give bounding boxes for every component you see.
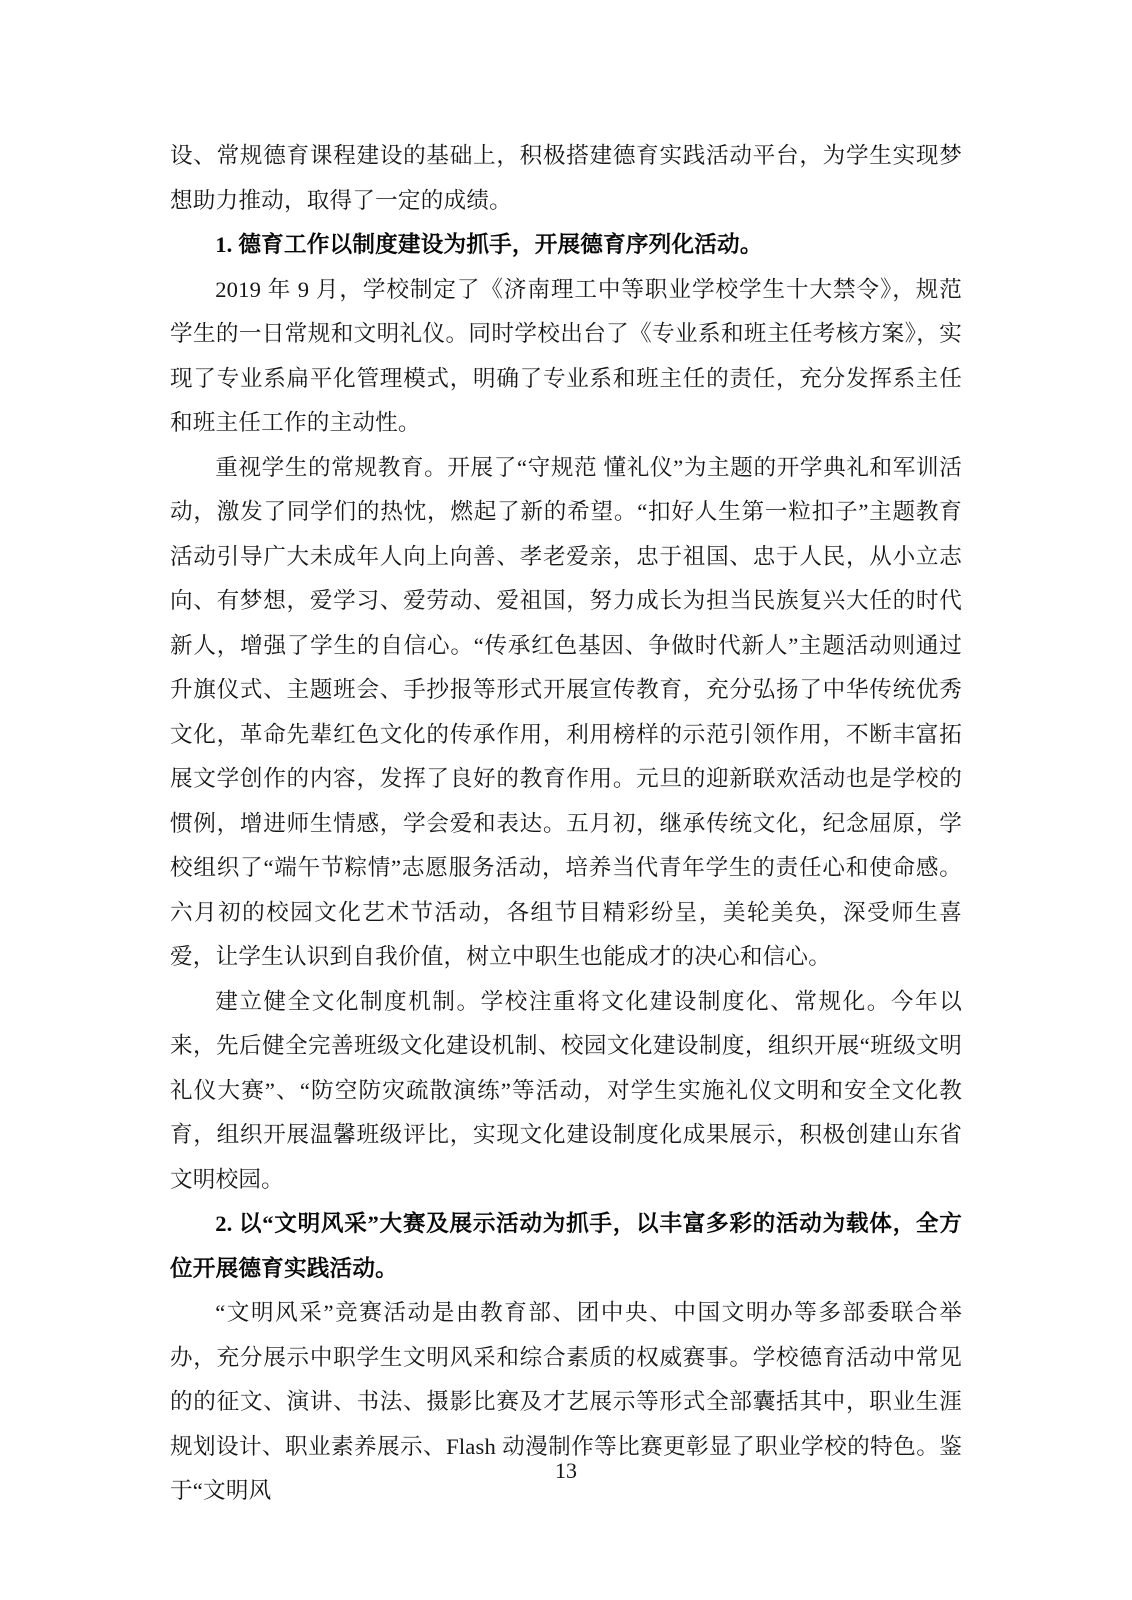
page-content: 设、常规德育课程建设的基础上，积极搭建德育实践活动平台，为学生实现梦想助力推动，… — [170, 134, 962, 1514]
paragraph: 重视学生的常规教育。开展了“守规范 懂礼仪”为主题的开学典礼和军训活动，激发了同… — [170, 446, 962, 980]
paragraph: 设、常规德育课程建设的基础上，积极搭建德育实践活动平台，为学生实现梦想助力推动，… — [170, 134, 962, 223]
paragraph: 2019 年 9 月，学校制定了《济南理工中等职业学校学生十大禁令》，规范学生的… — [170, 268, 962, 446]
section-heading: 2. 以“文明风采”大赛及展示活动为抓手，以丰富多彩的活动为载体，全方位开展德育… — [170, 1202, 962, 1291]
page-number: 13 — [0, 1458, 1132, 1484]
paragraph: 建立健全文化制度机制。学校注重将文化建设制度化、常规化。今年以来，先后健全完善班… — [170, 980, 962, 1203]
section-heading: 1. 德育工作以制度建设为抓手，开展德育序列化活动。 — [170, 223, 962, 268]
document-page: 设、常规德育课程建设的基础上，积极搭建德育实践活动平台，为学生实现梦想助力推动，… — [0, 0, 1132, 1600]
